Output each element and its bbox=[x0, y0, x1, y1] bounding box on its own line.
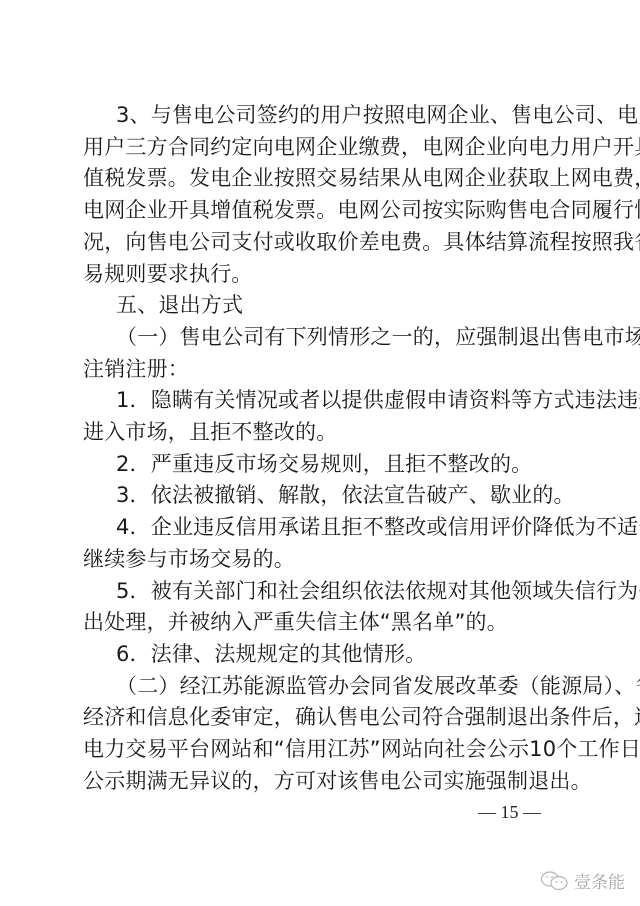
text-line: （一）售电公司有下列情形之一的，应强制退出售电市场并 bbox=[83, 322, 559, 354]
document-body: 3、与售电公司签约的用户按照电网企业、售电公司、电力用户三方合同约定向电网企业缴… bbox=[83, 100, 559, 797]
text-line: 4．企业违反信用承诺且拒不整改或信用评价降低为不适合 bbox=[83, 512, 559, 544]
text-line: 电力交易平台网站和“信用江苏”网站向社会公示10个工作日。 bbox=[83, 734, 559, 766]
watermark: 壹条能 bbox=[540, 868, 625, 893]
text-line: 电网企业开具增值税发票。电网公司按实际购售电合同履行情 bbox=[83, 195, 559, 227]
text-line: 2．严重违反市场交易规则，且拒不整改的。 bbox=[83, 449, 559, 481]
paragraph: 五、退出方式 bbox=[83, 290, 559, 322]
paragraph: （一）售电公司有下列情形之一的，应强制退出售电市场并注销注册： bbox=[83, 322, 559, 385]
document-page: 3、与售电公司签约的用户按照电网企业、售电公司、电力用户三方合同约定向电网企业缴… bbox=[0, 0, 640, 906]
paragraph: 3、与售电公司签约的用户按照电网企业、售电公司、电力用户三方合同约定向电网企业缴… bbox=[83, 100, 559, 290]
text-line: 经济和信息化委审定，确认售电公司符合强制退出条件后，通过 bbox=[83, 702, 559, 734]
text-line: 进入市场，且拒不整改的。 bbox=[83, 417, 559, 449]
text-line: 出处理，并被纳入严重失信主体“黑名单”的。 bbox=[83, 607, 559, 639]
text-line: 易规则要求执行。 bbox=[83, 259, 559, 291]
text-line: 五、退出方式 bbox=[83, 290, 559, 322]
wechat-icon bbox=[540, 870, 570, 892]
text-line: 况，向售电公司支付或收取价差电费。具体结算流程按照我省交 bbox=[83, 227, 559, 259]
text-line: 1．隐瞒有关情况或者以提供虚假申请资料等方式违法违规 bbox=[83, 385, 559, 417]
text-line: （二）经江苏能源监管办会同省发展改革委（能源局）、省 bbox=[83, 671, 559, 703]
text-line: 注销注册： bbox=[83, 354, 559, 386]
text-line: 6．法律、法规规定的其他情形。 bbox=[83, 639, 559, 671]
text-line: 5．被有关部门和社会组织依法依规对其他领域失信行为作 bbox=[83, 576, 559, 608]
paragraph: 4．企业违反信用承诺且拒不整改或信用评价降低为不适合继续参与市场交易的。 bbox=[83, 512, 559, 575]
text-line: 值税发票。发电企业按照交易结果从电网企业获取上网电费，向 bbox=[83, 163, 559, 195]
paragraph: （二）经江苏能源监管办会同省发展改革委（能源局）、省经济和信息化委审定，确认售电… bbox=[83, 671, 559, 798]
watermark-text: 壹条能 bbox=[574, 868, 625, 893]
paragraph: 2．严重违反市场交易规则，且拒不整改的。 bbox=[83, 449, 559, 481]
paragraph: 6．法律、法规规定的其他情形。 bbox=[83, 639, 559, 671]
text-line: 继续参与市场交易的。 bbox=[83, 544, 559, 576]
paragraph: 1．隐瞒有关情况或者以提供虚假申请资料等方式违法违规进入市场，且拒不整改的。 bbox=[83, 385, 559, 448]
text-line: 3．依法被撤销、解散，依法宣告破产、歇业的。 bbox=[83, 480, 559, 512]
paragraph: 5．被有关部门和社会组织依法依规对其他领域失信行为作出处理，并被纳入严重失信主体… bbox=[83, 576, 559, 639]
text-line: 公示期满无异议的，方可对该售电公司实施强制退出。 bbox=[83, 766, 559, 798]
text-line: 3、与售电公司签约的用户按照电网企业、售电公司、电力 bbox=[83, 100, 559, 132]
paragraph: 3．依法被撤销、解散，依法宣告破产、歇业的。 bbox=[83, 480, 559, 512]
page-number: — 15 — bbox=[478, 802, 541, 823]
text-line: 用户三方合同约定向电网企业缴费，电网企业向电力用户开具增 bbox=[83, 132, 559, 164]
